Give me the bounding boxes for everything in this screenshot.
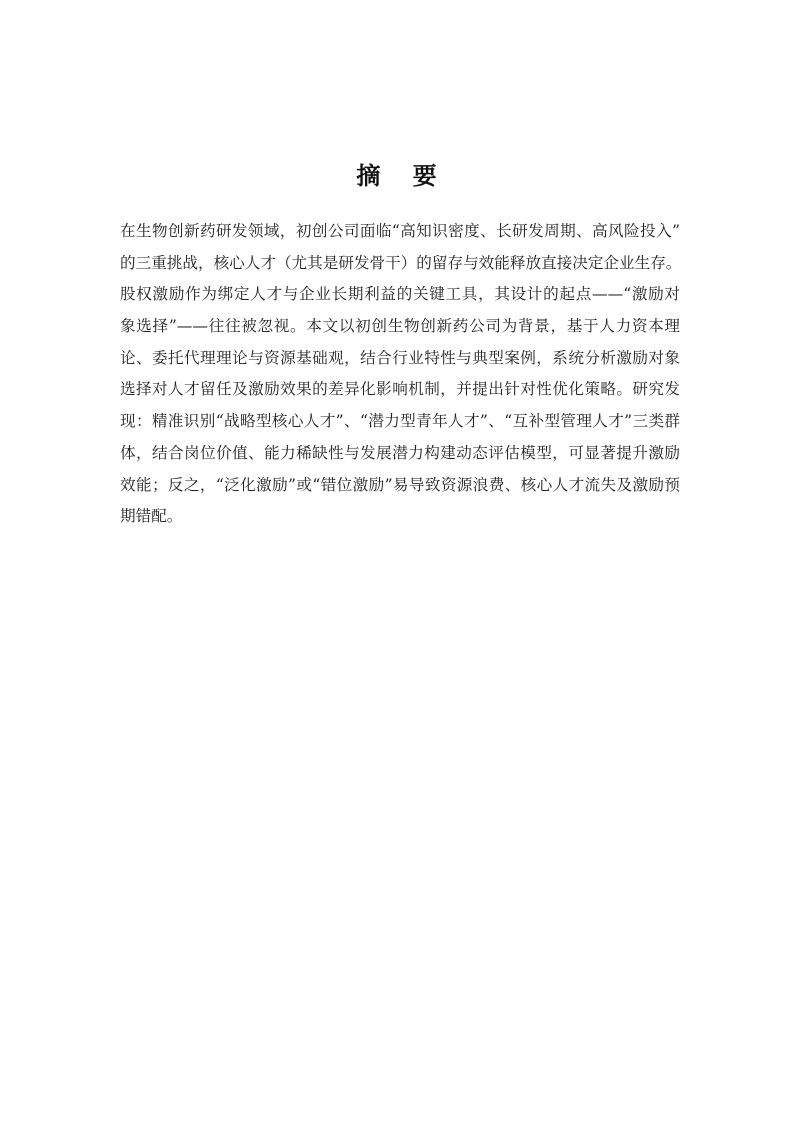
abstract-line: 现：精准识别“战略型核心人才”、“潜力型青年人才”、“互补型管理人才”三类群: [120, 406, 680, 438]
abstract-line: 象选择”——往往被忽视。本文以初创生物创新药公司为背景，基于人力资本理: [120, 311, 680, 343]
document-page: 摘 要 在生物创新药研发领域，初创公司面临“高知识密度、长研发周期、高风险投入”…: [0, 0, 793, 1122]
abstract-line: 在生物创新药研发领域，初创公司面临“高知识密度、长研发周期、高风险投入”: [120, 216, 680, 248]
abstract-line: 效能；反之，“泛化激励”或“错位激励”易导致资源浪费、核心人才流失及激励预: [120, 470, 680, 502]
abstract-line: 论、委托代理理论与资源基础观，结合行业特性与典型案例，系统分析激励对象: [120, 343, 680, 375]
abstract-title: 摘 要: [0, 158, 793, 194]
abstract-line: 选择对人才留任及激励效果的差异化影响机制，并提出针对性优化策略。研究发: [120, 374, 680, 406]
abstract-body: 在生物创新药研发领域，初创公司面临“高知识密度、长研发周期、高风险投入” 的三重…: [120, 216, 680, 533]
abstract-line: 股权激励作为绑定人才与企业长期利益的关键工具，其设计的起点——“激励对: [120, 279, 680, 311]
abstract-line: 的三重挑战，核心人才（尤其是研发骨干）的留存与效能释放直接决定企业生存。: [120, 248, 680, 280]
abstract-line: 体，结合岗位价值、能力稀缺性与发展潜力构建动态评估模型，可显著提升激励: [120, 438, 680, 470]
abstract-line: 期错配。: [120, 501, 680, 533]
